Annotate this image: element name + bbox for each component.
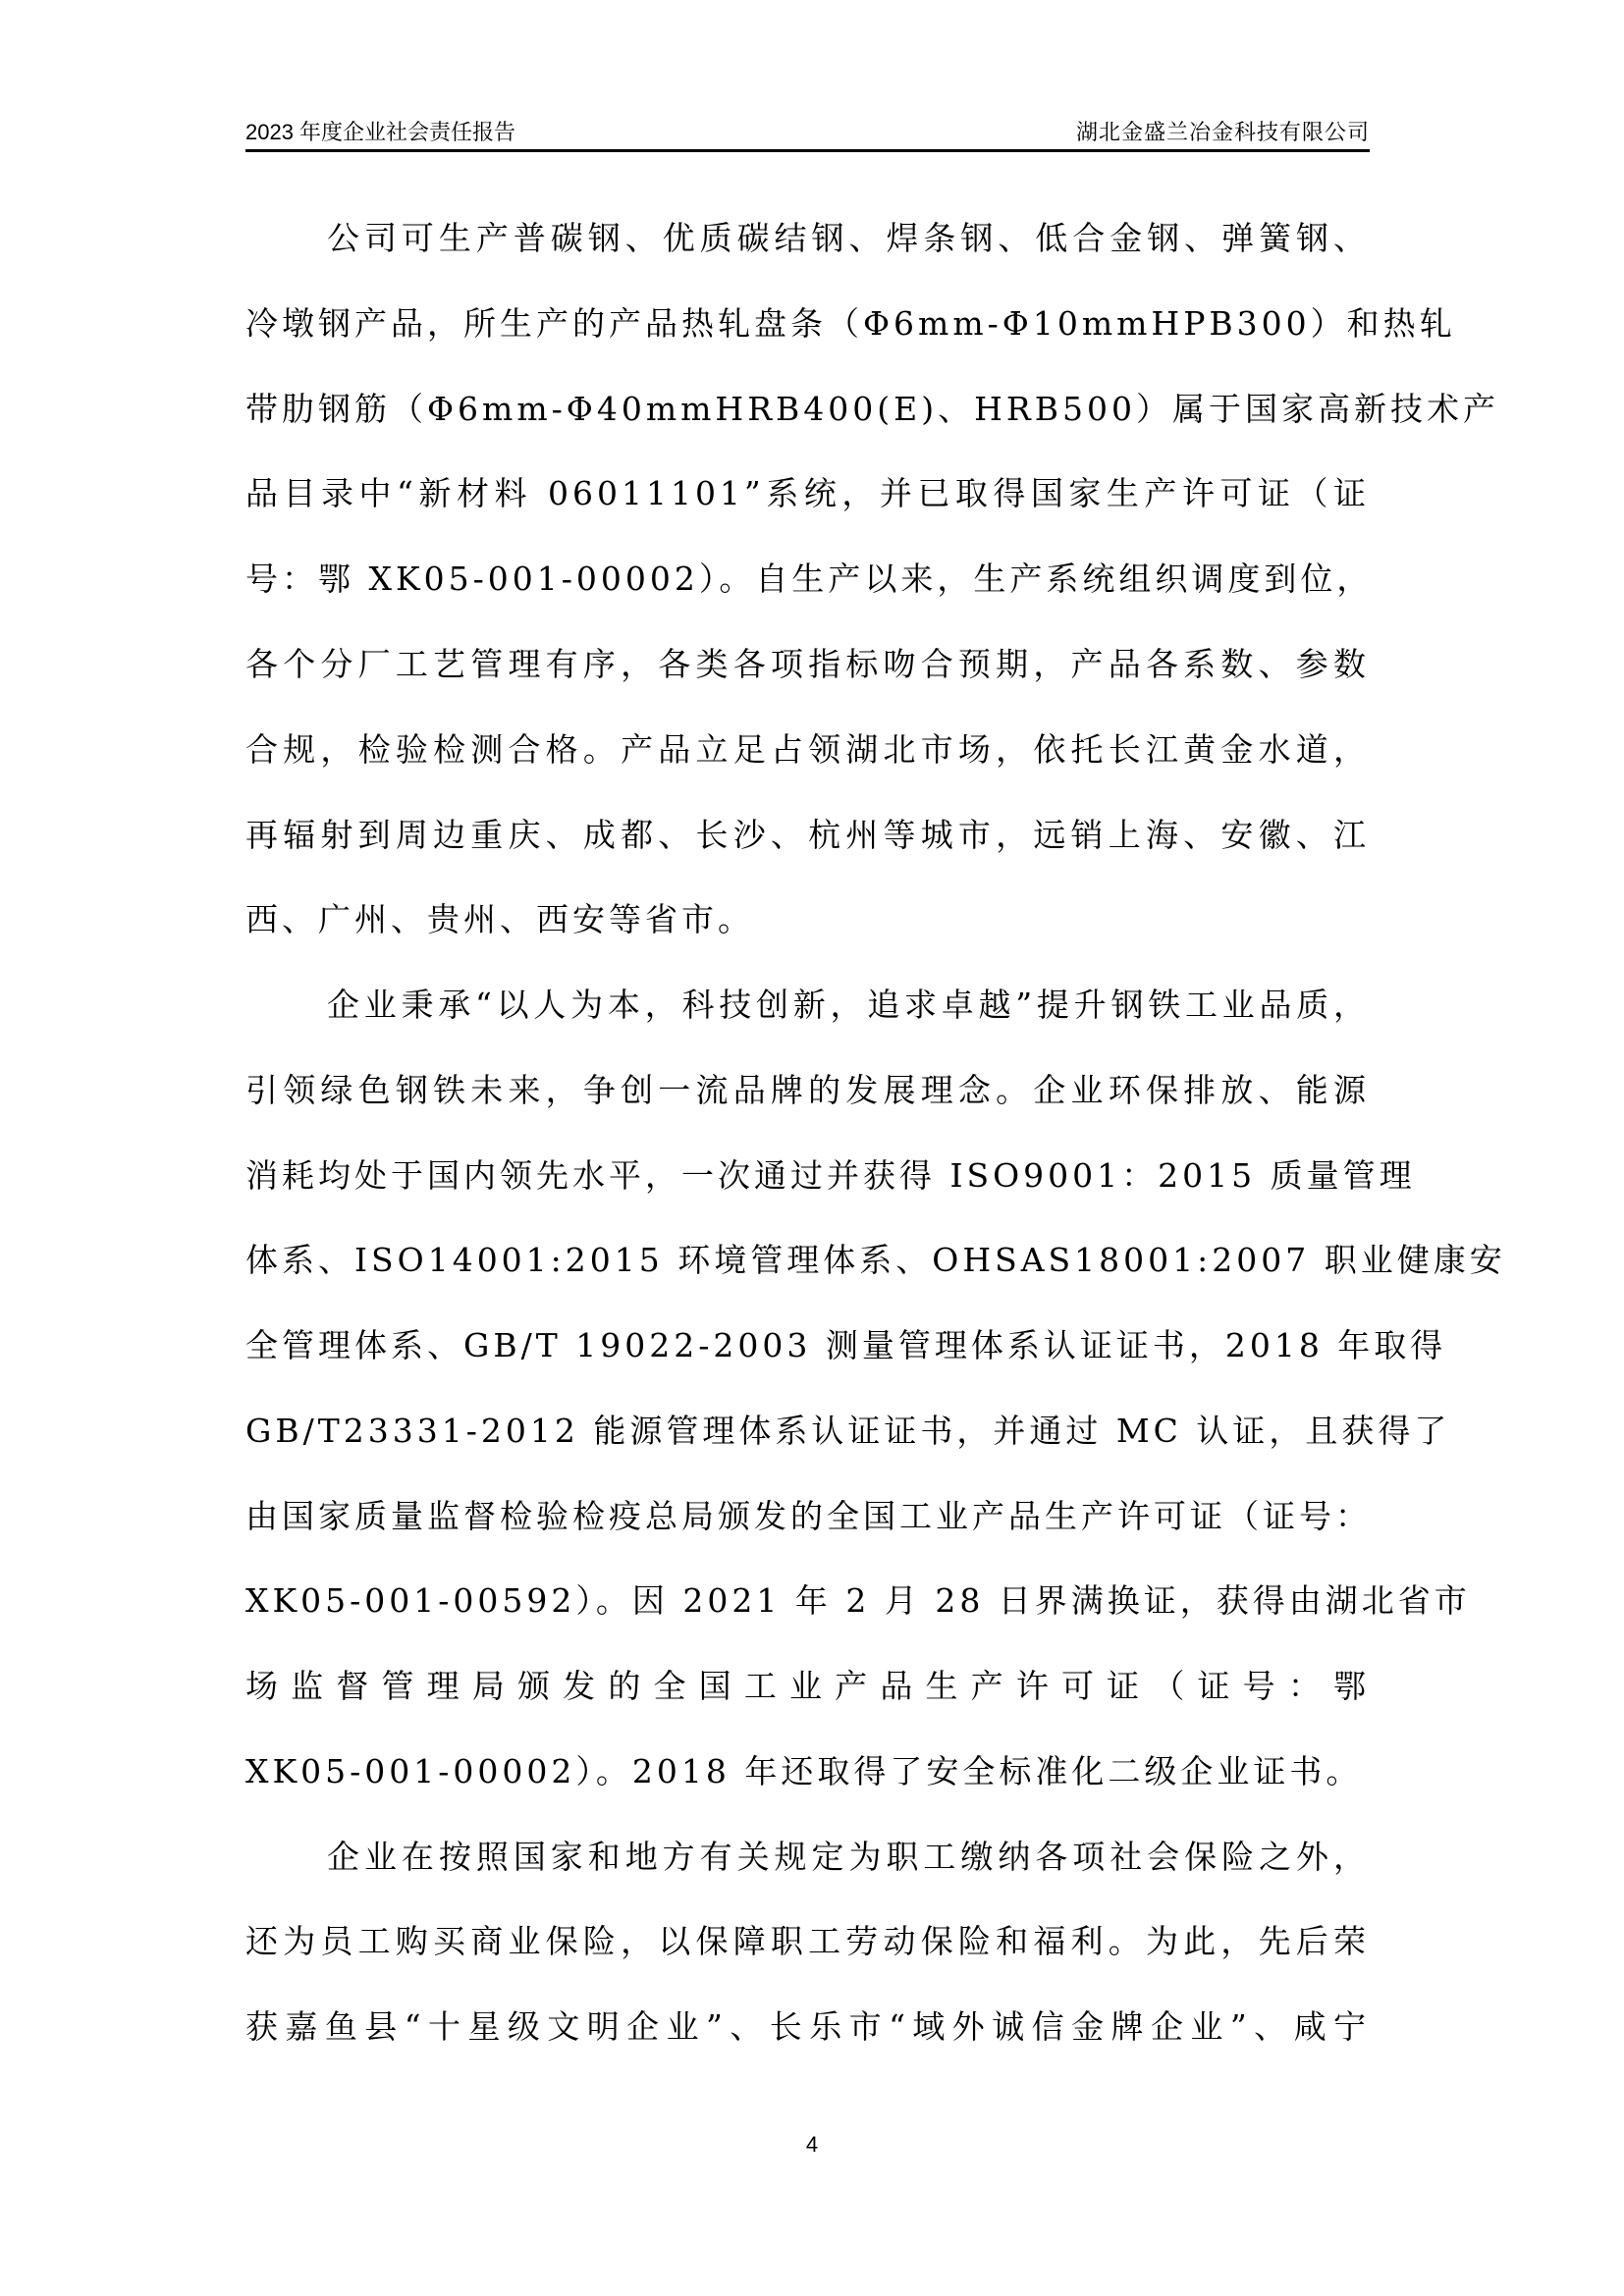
- page-header: 2023 年度企业社会责任报告 湖北金盛兰冶金科技有限公司: [245, 116, 1370, 152]
- page-number: 4: [802, 2132, 822, 2158]
- document-page: 2023 年度企业社会责任报告 湖北金盛兰冶金科技有限公司 公司可生产普碳钢、优…: [0, 0, 1624, 2296]
- paragraph-1-line: 品目录中“新材料 06011101”系统，并已取得国家生产许可证（证: [245, 472, 1370, 515]
- paragraph-1-line: 带肋钢筋（Φ6mm-Φ40mmHRB400(E)、HRB500）属于国家高新技术…: [245, 388, 1370, 431]
- paragraph-3-line: 获嘉鱼县“十星级文明企业”、长乐市“域外诚信金牌企业”、咸宁: [245, 2005, 1370, 2049]
- paragraph-1-line: 公司可生产普碳钢、优质碳结钢、焊条钢、低合金钢、弹簧钢、: [327, 217, 1370, 260]
- company-name: 湖北金盛兰冶金科技有限公司: [1076, 118, 1370, 147]
- paragraph-1-line: 再辐射到周边重庆、成都、长沙、杭州等城市，远销上海、安徽、江: [245, 814, 1370, 857]
- paragraph-1-line: 冷墩钢产品，所生产的产品热轧盘条（Φ6mm-Φ10mmHPB300）和热轧: [245, 302, 1370, 346]
- report-title: 2023 年度企业社会责任报告: [245, 118, 515, 147]
- paragraph-2-line: 体系、ISO14001:2015 环境管理体系、OHSAS18001:2007 …: [245, 1239, 1370, 1282]
- paragraph-1-line: 号：鄂 XK05-001-00002）。自生产以来，生产系统组织调度到位，: [245, 558, 1370, 601]
- paragraph-1-line: 西、广州、贵州、西安等省市。: [245, 898, 1370, 941]
- paragraph-2-line: 消耗均处于国内领先水平，一次通过并获得 ISO9001：2015 质量管理: [245, 1154, 1370, 1198]
- paragraph-2-line: 场监督管理局颁发的全国工业产品生产许可证（证号：鄂: [245, 1665, 1370, 1708]
- paragraph-2-line: 由国家质量监督检验检疫总局颁发的全国工业产品生产许可证（证号：: [245, 1495, 1370, 1538]
- paragraph-2-line: XK05-001-00592）。因 2021 年 2 月 28 日界满换证，获得…: [245, 1579, 1370, 1623]
- paragraph-2-line: 全管理体系、GB/T 19022-2003 测量管理体系认证证书，2018 年取…: [245, 1324, 1370, 1367]
- paragraph-2-line: GB/T23331-2012 能源管理体系认证证书，并通过 MC 认证，且获得了: [245, 1410, 1370, 1453]
- paragraph-3-line: 企业在按照国家和地方有关规定为职工缴纳各项社会保险之外，: [327, 1836, 1370, 1879]
- paragraph-3-line: 还为员工购买商业保险，以保障职工劳动保险和福利。为此，先后荣: [245, 1920, 1370, 1963]
- paragraph-1-line: 合规，检验检测合格。产品立足占领湖北市场，依托长江黄金水道，: [245, 728, 1370, 772]
- paragraph-2-line: 引领绿色钢铁未来，争创一流品牌的发展理念。企业环保排放、能源: [245, 1069, 1370, 1112]
- paragraph-2-line: 企业秉承“以人为本，科技创新，追求卓越”提升钢铁工业品质，: [327, 984, 1370, 1027]
- paragraph-2-line: XK05-001-00002）。2018 年还取得了安全标准化二级企业证书。: [245, 1750, 1370, 1793]
- paragraph-1-line: 各个分厂工艺管理有序，各类各项指标吻合预期，产品各系数、参数: [245, 643, 1370, 686]
